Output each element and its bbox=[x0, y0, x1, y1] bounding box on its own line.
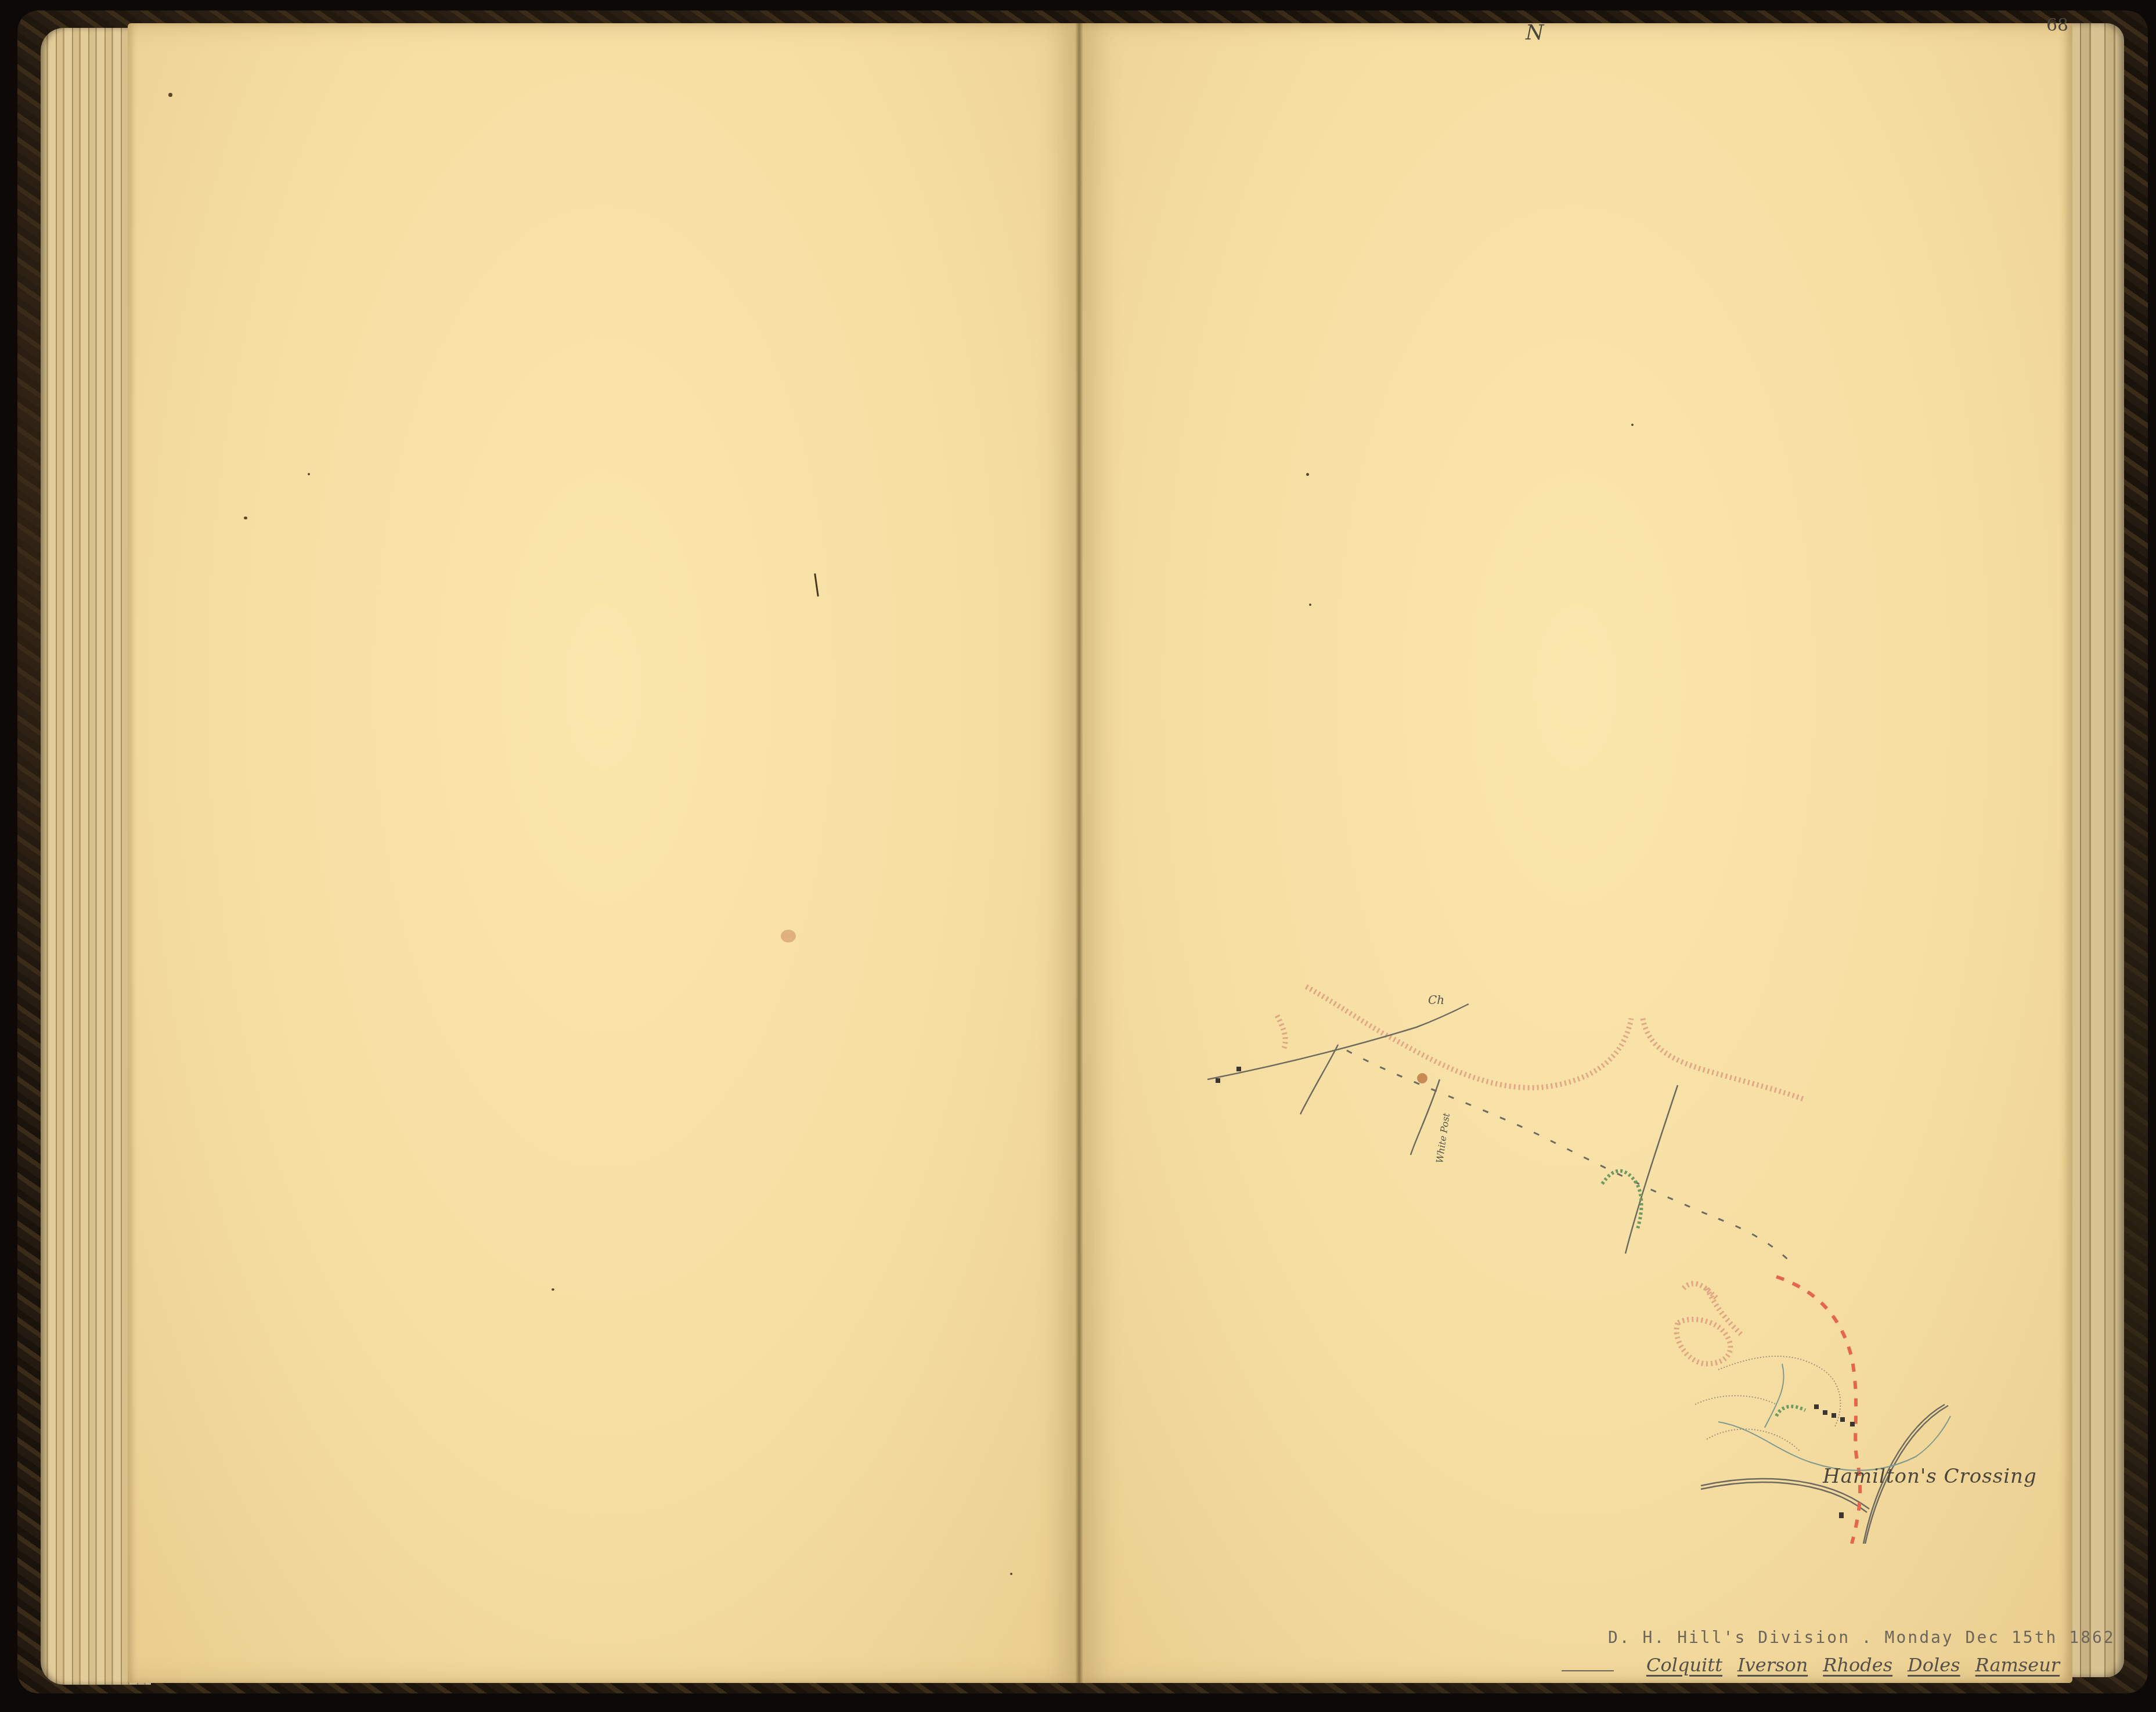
ink-speck bbox=[168, 93, 172, 97]
ink-speck bbox=[308, 473, 310, 475]
battle-map-sketch: Ch White Post bbox=[1196, 963, 2009, 1544]
brigade-name: Rhodes bbox=[1823, 1654, 1892, 1676]
left-page bbox=[128, 23, 1080, 1683]
map-label-white-post: White Post bbox=[1434, 1112, 1452, 1164]
foxing-stain bbox=[781, 930, 796, 942]
roads bbox=[1207, 1004, 1948, 1544]
caption-dash bbox=[1562, 1670, 1614, 1671]
hamiltons-crossing-label: Hamilton's Crossing bbox=[1823, 1465, 2037, 1488]
north-marker: N bbox=[1526, 21, 1544, 45]
ink-speck bbox=[1306, 473, 1309, 476]
railroad bbox=[1776, 1277, 1860, 1544]
brigade-name: Doles bbox=[1908, 1654, 1960, 1676]
brigade-name: Ramseur bbox=[1975, 1654, 2060, 1676]
ridge-lines bbox=[1277, 987, 1805, 1364]
map-caption-title: D. H. Hill's Division . Monday Dec 15th … bbox=[1608, 1628, 2115, 1647]
ink-speck bbox=[551, 1288, 554, 1291]
stain-dot bbox=[1417, 1073, 1427, 1083]
ink-speck bbox=[244, 517, 247, 519]
map-caption-brigades: Colquitt Iverson Rhodes Doles Ramseur bbox=[1562, 1654, 2060, 1676]
hill-hachures bbox=[1695, 1356, 1840, 1451]
book-gutter bbox=[1075, 23, 1083, 1683]
ink-speck bbox=[1010, 1573, 1012, 1575]
brigade-name: Iverson bbox=[1737, 1654, 1808, 1676]
ink-speck bbox=[1631, 424, 1634, 426]
map-label-church: Ch bbox=[1428, 993, 1444, 1007]
ink-speck bbox=[1309, 604, 1311, 606]
page-number: 68 bbox=[2046, 15, 2068, 35]
woods bbox=[1602, 1171, 1805, 1417]
brigade-name: Colquitt bbox=[1646, 1654, 1722, 1676]
artillery-positions bbox=[1216, 1067, 1855, 1518]
